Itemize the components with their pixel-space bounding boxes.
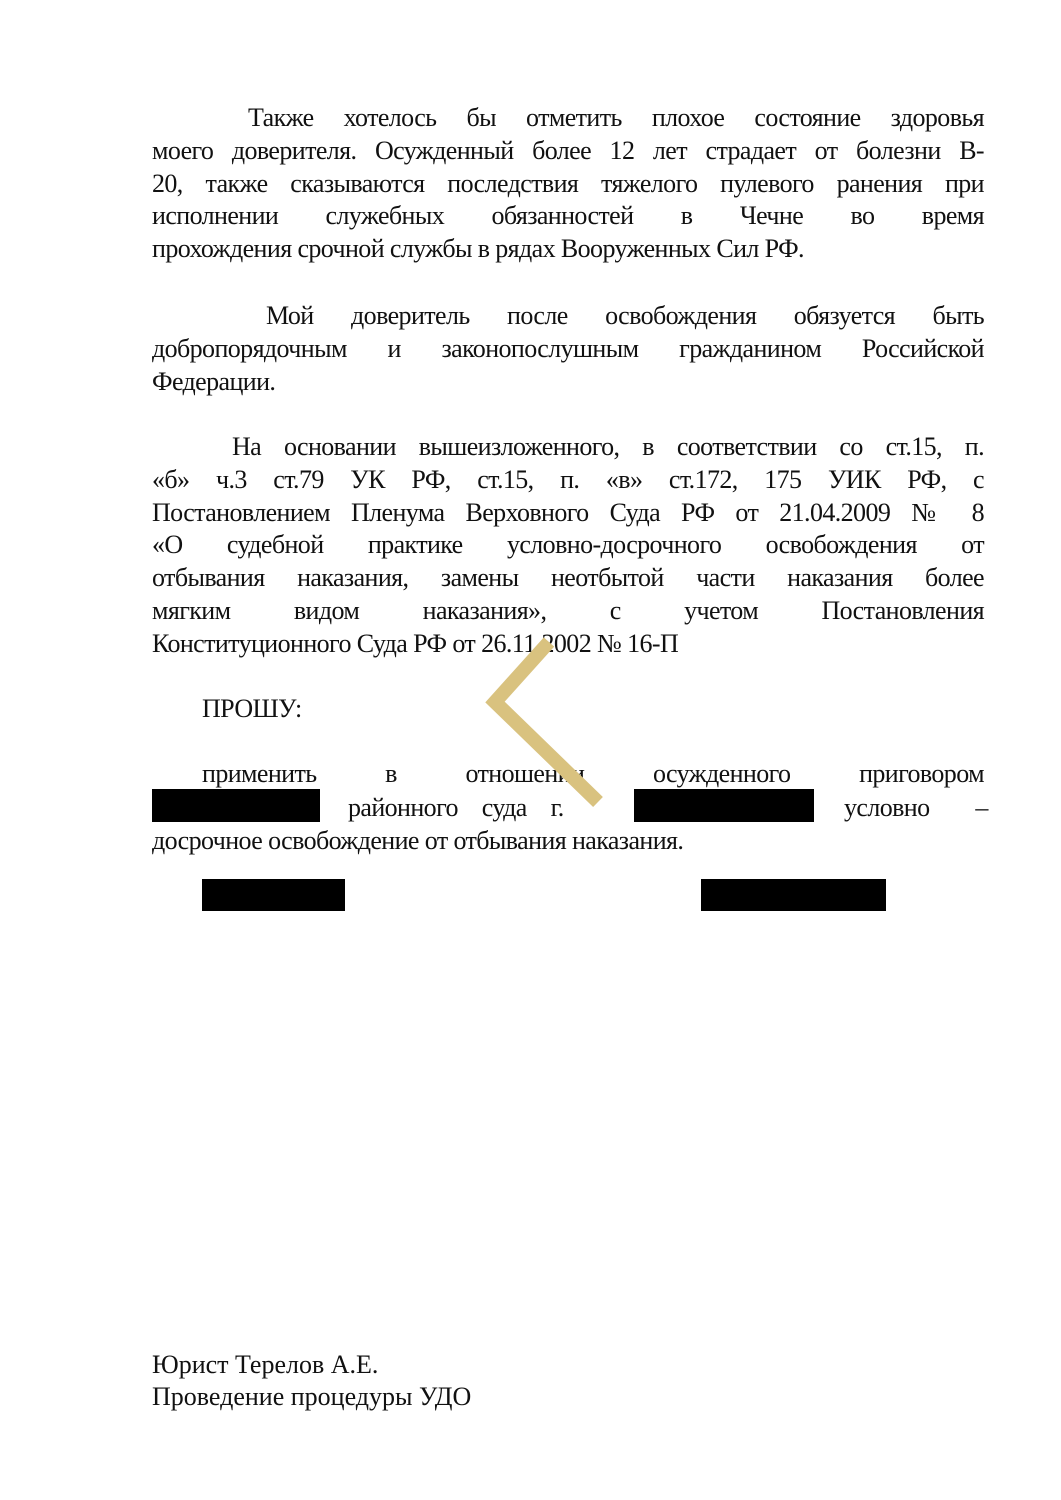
document-page: Также хотелось бы отметить плохое состоя… — [0, 0, 1061, 1500]
text-line: моего доверителя. Осужденный более 12 ле… — [152, 135, 984, 168]
text-line: прохождения срочной службы в рядах Воору… — [152, 233, 984, 266]
text-line: Федерации. — [152, 366, 984, 399]
redaction-signature — [701, 879, 886, 911]
text-line: Также хотелось бы отметить плохое состоя… — [152, 102, 984, 135]
text-line: Постановлением Пленума Верховного Суда Р… — [152, 497, 984, 530]
word: применить — [202, 759, 316, 789]
redaction-date — [202, 879, 345, 911]
signature-title: Проведение процедуры УДО — [152, 1381, 471, 1413]
text-line: «О судебной практике условно-досрочного … — [152, 529, 984, 562]
signature-name: Юрист Терелов А.Е. — [152, 1349, 378, 1381]
text-line: На основании вышеизложенного, в соответс… — [152, 431, 984, 464]
text-line: отбывания наказания, замены неотбытой ча… — [152, 562, 984, 595]
paragraph-promise: Мой доверитель после освобождения обязуе… — [152, 300, 984, 398]
word: осужденного — [653, 759, 790, 789]
word: в — [385, 759, 397, 789]
heading-text: ПРОШУ: — [202, 693, 502, 726]
text-line: мягким видом наказания», с учетом Постан… — [152, 595, 984, 628]
text-line: добропорядочным и законопослушным гражда… — [152, 333, 984, 366]
redaction-court-name — [152, 789, 320, 822]
word: приговором — [859, 759, 984, 789]
redaction-city — [634, 789, 814, 822]
text-line: исполнении служебных обязанностей в Чечн… — [152, 200, 984, 233]
text-line: «б» ч.3 ст.79 УК РФ, ст.15, п. «в» ст.17… — [152, 464, 984, 497]
chevron-left-icon[interactable] — [470, 630, 630, 820]
text-line: 20, также сказываются последствия тяжело… — [152, 168, 984, 201]
request-heading: ПРОШУ: — [202, 693, 502, 726]
paragraph-health: Также хотелось бы отметить плохое состоя… — [152, 102, 984, 266]
request-line-3: досрочное освобождение от отбывания нака… — [152, 825, 683, 857]
text-line: Мой доверитель после освобождения обязуе… — [152, 300, 984, 333]
conditional-text: условно – — [844, 792, 988, 824]
paragraph-legal-basis: На основании вышеизложенного, в соответс… — [152, 431, 984, 661]
